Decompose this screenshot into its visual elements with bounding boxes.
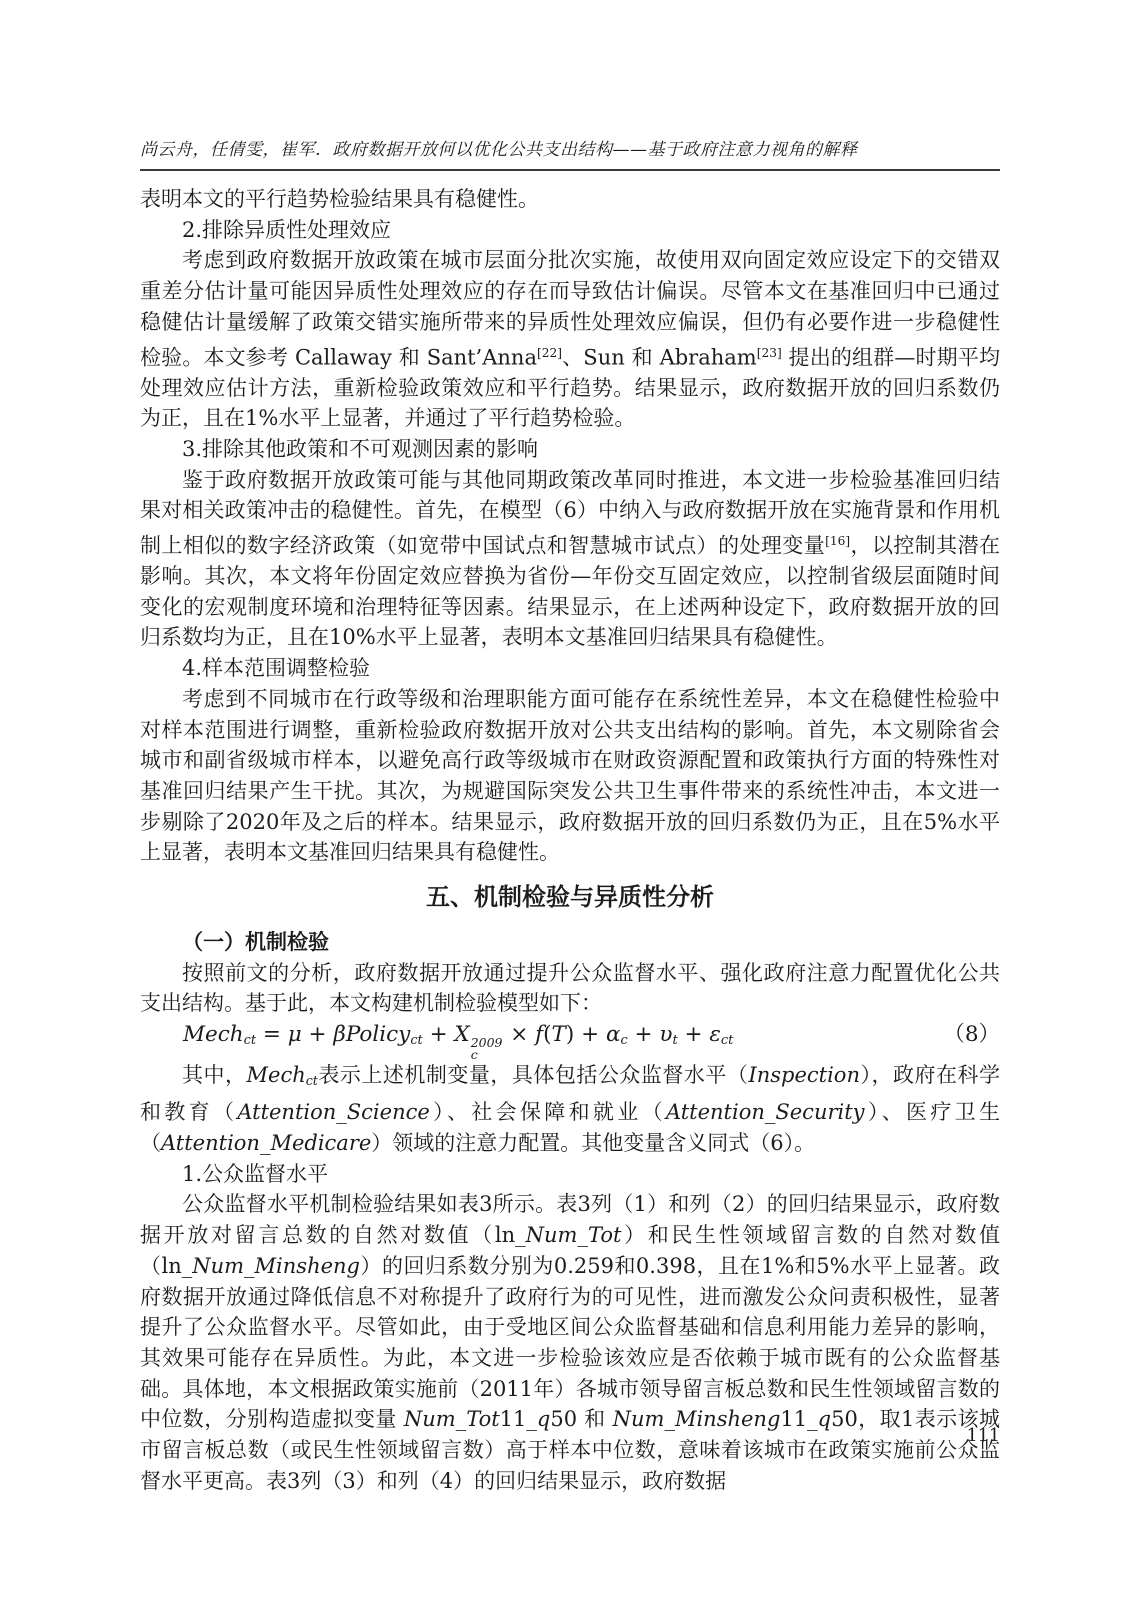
paragraph: 公众监督水平机制检验结果如表3所示。表3列（1）和列（2）的回归结果显示，政府数… xyxy=(140,1189,1000,1496)
text-run: 表示上述机制变量，具体包括公众监督水平（ xyxy=(318,1063,749,1087)
text-run: ( xyxy=(543,1022,551,1047)
paper-page: 尚云舟，任倩雯，崔军．政府数据开放何以优化公共支出结构——基于政府注意力视角的解… xyxy=(0,0,1140,1600)
text-run: 考虑到不同城市在行政等级和治理职能方面可能存在系统性差异，本文在稳健性检验中对样… xyxy=(140,687,1000,865)
text-run: [23] xyxy=(757,346,782,360)
text-run: Attention_Science xyxy=(237,1100,429,1124)
text-run: Inspection xyxy=(748,1063,860,1087)
text-run: c xyxy=(620,1033,627,1048)
text-run: 4.样本范围调整检验 xyxy=(182,656,370,680)
paragraph: 4.样本范围调整检验 xyxy=(140,653,1000,684)
running-header: 尚云舟，任倩雯，崔军．政府数据开放何以优化公共支出结构——基于政府注意力视角的解… xyxy=(140,140,1000,160)
equation-body: Mechct = μ + βPolicyct + X2009c × f(T) +… xyxy=(140,1019,733,1060)
paragraph: 鉴于政府数据开放政策可能与其他同期政策改革同时推进，本文进一步检验基准回归结果对… xyxy=(140,465,1000,654)
equation-number: （8） xyxy=(943,1019,1000,1050)
text-run: [16] xyxy=(825,534,850,548)
header-rule xyxy=(140,169,1000,171)
text-run: f xyxy=(535,1022,543,1047)
text-run: ) + xyxy=(566,1022,606,1047)
text-run: q xyxy=(537,1407,550,1431)
text-run: + xyxy=(678,1022,710,1047)
text-run: ct xyxy=(410,1033,422,1048)
paragraph: 考虑到不同城市在行政等级和治理职能方面可能存在系统性差异，本文在稳健性检验中对样… xyxy=(140,684,1000,868)
paragraph: 按照前文的分析，政府数据开放通过提升公众监督水平、强化政府注意力配置优化公共支出… xyxy=(140,958,1000,1019)
text-run: （一）机制检验 xyxy=(182,930,329,954)
paragraph: 考虑到政府数据开放政策在城市层面分批次实施，故使用双向固定效应设定下的交错双重差… xyxy=(140,245,1000,434)
page-number: 111 xyxy=(967,1426,1000,1446)
paragraph: 2.排除异质性处理效应 xyxy=(140,215,1000,246)
text-run: 五、机制检验与异质性分析 xyxy=(426,883,714,911)
paragraph: 表明本文的平行趋势检验结果具有稳健性。 xyxy=(140,184,1000,215)
text-run: βPolicy xyxy=(333,1022,410,1047)
text-run: Mech xyxy=(247,1063,306,1087)
text-run: 2.排除异质性处理效应 xyxy=(182,218,391,242)
text-run: Num_Minsheng xyxy=(192,1254,360,1278)
paragraph: 其中，Mechct表示上述机制变量，具体包括公众监督水平（Inspection）… xyxy=(140,1060,1000,1158)
text-run: c xyxy=(471,1049,503,1061)
text-run: q xyxy=(818,1407,831,1431)
paragraph: 3.排除其他政策和不可观测因素的影响 xyxy=(140,434,1000,465)
paragraph: 1.公众监督水平 xyxy=(140,1159,1000,1190)
sup-sub-stack: 2009c xyxy=(471,1037,503,1061)
text-run: ct xyxy=(306,1074,318,1089)
text-run: 表明本文的平行趋势检验结果具有稳健性。 xyxy=(140,187,539,211)
text-run: μ xyxy=(288,1022,302,1047)
text-run: Mech xyxy=(183,1022,244,1047)
text-run: + xyxy=(302,1022,334,1047)
text-run: Attention_Medicare xyxy=(161,1131,371,1155)
text-run: υ xyxy=(659,1022,672,1047)
text-run: Num_Tot xyxy=(404,1407,500,1431)
text-run: X xyxy=(454,1022,469,1047)
text-run: 11_ xyxy=(500,1407,537,1431)
text-run: ）领域的注意力配置。其他变量含义同式（6）。 xyxy=(371,1131,815,1155)
text-run: Num_Tot xyxy=(526,1223,622,1247)
section-heading: 五、机制检验与异质性分析 xyxy=(140,880,1000,914)
equation: Mechct = μ + βPolicyct + X2009c × f(T) +… xyxy=(140,1019,1000,1060)
text-run: = xyxy=(256,1022,288,1047)
text-run: ct xyxy=(721,1033,733,1048)
text-run: Attention_Security xyxy=(666,1100,865,1124)
text-run: 50 和 xyxy=(550,1407,612,1431)
text-run: 11_ xyxy=(780,1407,817,1431)
page-content: 尚云舟，任倩雯，崔军．政府数据开放何以优化公共支出结构——基于政府注意力视角的解… xyxy=(140,140,1000,1496)
text-run: 按照前文的分析，政府数据开放通过提升公众监督水平、强化政府注意力配置优化公共支出… xyxy=(140,961,1000,1016)
text-run: ε xyxy=(709,1022,721,1047)
text-run: α xyxy=(606,1022,621,1047)
text-run: 、Sun 和 Abraham xyxy=(562,345,757,369)
page-body: 表明本文的平行趋势检验结果具有稳健性。2.排除异质性处理效应考虑到政府数据开放政… xyxy=(140,184,1000,1496)
subsection-heading: （一）机制检验 xyxy=(140,927,1000,958)
text-run: 1.公众监督水平 xyxy=(182,1162,328,1186)
text-run: [22] xyxy=(537,346,562,360)
text-run: + xyxy=(423,1022,455,1047)
text-run: × xyxy=(503,1022,535,1047)
text-run: T xyxy=(552,1022,566,1047)
text-run: ct xyxy=(244,1033,256,1048)
text-run: ）、社会保障和就业（ xyxy=(430,1100,666,1124)
text-run: Num_Minsheng xyxy=(613,1407,781,1431)
text-run: ）的回归系数分别为0.259和0.398，且在1%和5%水平上显著。政府数据开放… xyxy=(140,1254,1000,1432)
text-run: + xyxy=(628,1022,660,1047)
text-run: 其中， xyxy=(182,1063,247,1087)
text-run: 3.排除其他政策和不可观测因素的影响 xyxy=(182,437,538,461)
